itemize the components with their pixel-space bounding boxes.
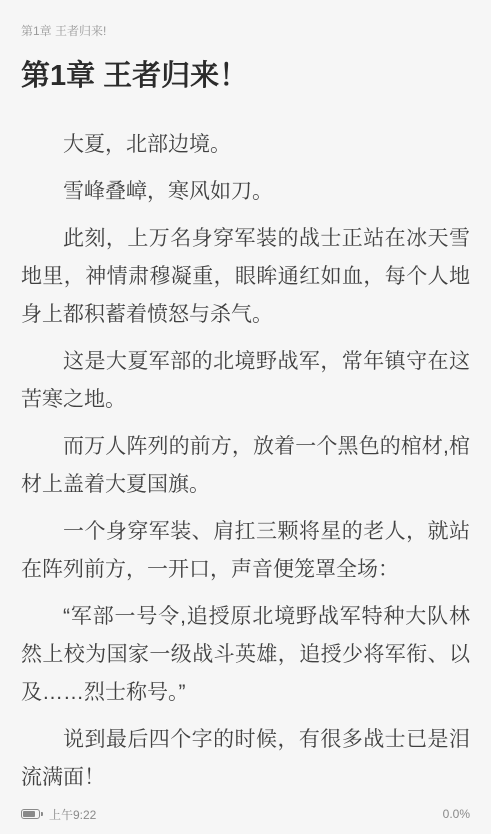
- status-left-group: 上午9:22: [21, 806, 96, 823]
- paragraph: 说到最后四个字的时候，有很多战士已是泪流满面！: [21, 721, 470, 797]
- paragraph: 雪峰叠嶂，寒风如刀。: [21, 173, 470, 211]
- clock-time: 上午9:22: [49, 806, 96, 823]
- chapter-title: 第1章 王者归来！: [21, 56, 470, 96]
- paragraph: 一个身穿军装、肩扛三颗将星的老人，就站在阵列前方，一开口，声音便笼罩全场：: [21, 513, 470, 589]
- paragraph: “军部一号令,追授原北境野战军特种大队林然上校为国家一级战斗英雄，追授少将军衔、…: [21, 598, 470, 712]
- battery-icon: [21, 809, 40, 819]
- reading-progress: 0.0%: [443, 807, 470, 821]
- reader-status-bar: 上午9:22 0.0%: [0, 794, 491, 834]
- chapter-body[interactable]: 大夏，北部边境。 雪峰叠嶂，寒风如刀。 此刻，上万名身穿军装的战士正站在冰天雪地…: [21, 126, 470, 797]
- paragraph: 大夏，北部边境。: [21, 126, 470, 164]
- reader-page[interactable]: 第1章 王者归来! 第1章 王者归来！ 大夏，北部边境。 雪峰叠嶂，寒风如刀。 …: [0, 0, 491, 834]
- chapter-running-header: 第1章 王者归来!: [21, 0, 470, 38]
- paragraph: 而万人阵列的前方，放着一个黑色的棺材,棺材上盖着大夏国旗。: [21, 428, 470, 504]
- paragraph: 这是大夏军部的北境野战军，常年镇守在这苦寒之地。: [21, 343, 470, 419]
- paragraph: 此刻，上万名身穿军装的战士正站在冰天雪地里，神情肃穆凝重，眼眸通红如血，每个人地…: [21, 220, 470, 334]
